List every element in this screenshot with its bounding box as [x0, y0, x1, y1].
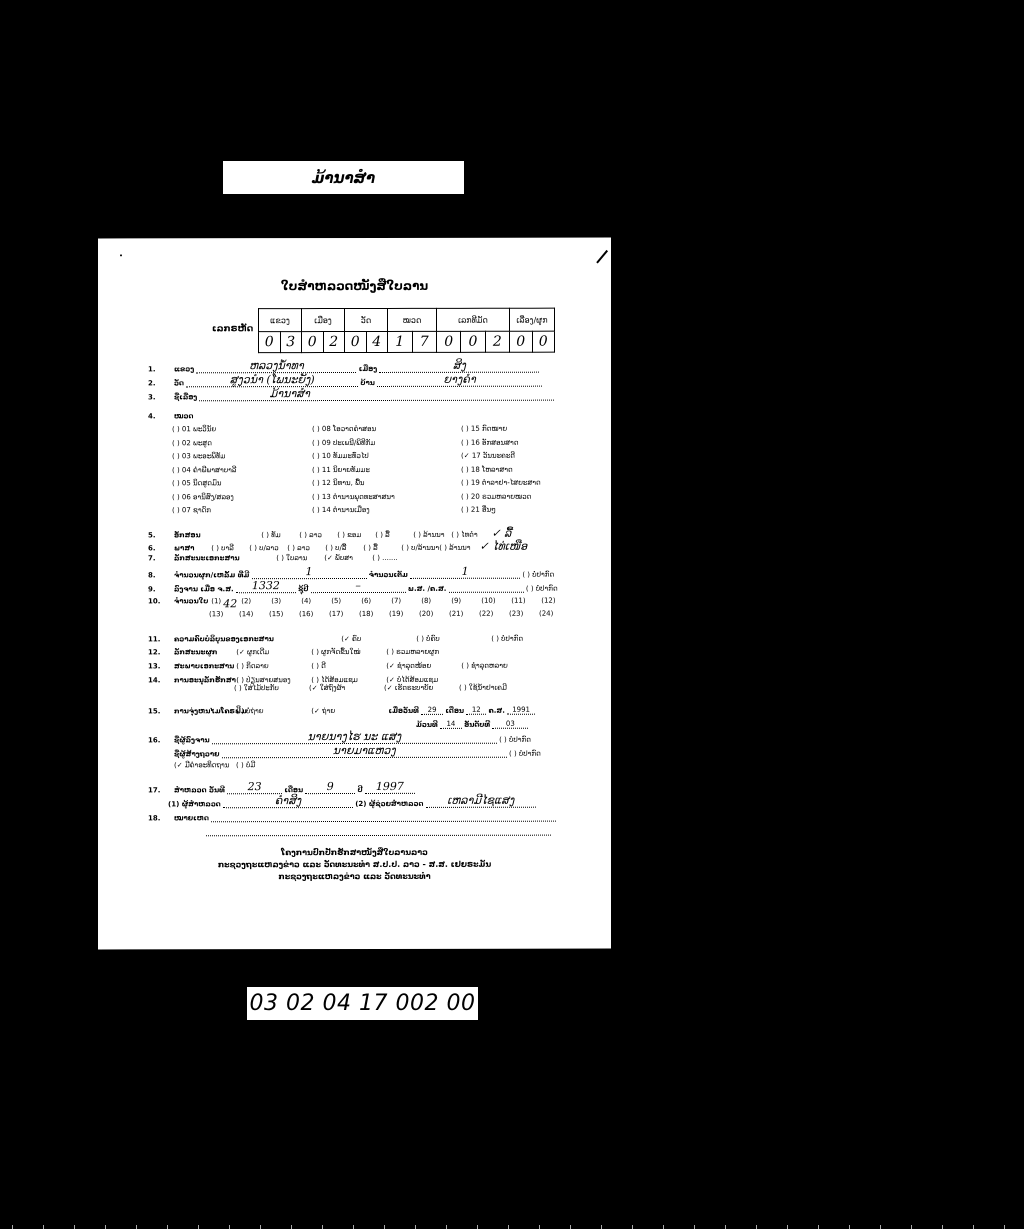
- field-8: 8.ຈໍານວນຜູກ/ເຫລັ້ມ ທີ່ມີ 1 ຈໍານວນເຕັມ 1 …: [148, 568, 554, 580]
- option-checkbox: ( ) ບ/ລາວ: [249, 544, 287, 552]
- field-10-row2: (13)(14)(15)(16)(17)(18)(19)(20)(21)(22)…: [209, 610, 569, 619]
- leaf-count-cell: (22): [479, 610, 509, 618]
- code-digit: 1: [388, 331, 413, 352]
- option-checkbox: ( ) ກິດລາຍ: [236, 662, 311, 670]
- option-checkbox: ( ) ຂອມ: [337, 531, 375, 539]
- title-label-text: ມ້ານາສໍາ: [312, 169, 375, 187]
- option-checkbox: ( ) ໃຊ້ນໍ້າຢາເຄມີ: [459, 684, 534, 692]
- code-table: ແຂວງ ເມືອງ ວັດ ໝວດ ເລກທີມັດ ເລື່ອງ/ຜູກ 0…: [258, 308, 555, 354]
- code-header: ເລກທີມັດ: [437, 308, 510, 331]
- leaf-count-cell: (5): [331, 597, 361, 605]
- leaf-count-cell: (7): [391, 597, 421, 605]
- field-9: 9.ລົງຈານ ເມື່ອ ຈ.ສ. 1332 ຊຸ້ປີ – ພ.ສ. /ຄ…: [148, 582, 558, 594]
- leaf-count-cell: (19): [389, 610, 419, 618]
- category-option: ( ) 19 ຕໍາລາຢາ-ໄສຍະສາດ: [461, 479, 611, 493]
- category-option: ( ) 16 ອັກສອນສາດ: [461, 438, 611, 452]
- field-18-line2: [206, 825, 551, 837]
- field-16-donor: ຊື່ຜູ້ສ້າງຖວາຍ ນາຍມາແຫວງ ( ) ບໍ່ປາກົດ: [174, 747, 541, 759]
- category-option: ( ) 13 ຕໍານານພຸດທະສາສນາ: [312, 492, 462, 506]
- category-option: ( ) 15 ກົດໝາຍ: [461, 425, 611, 439]
- category-option: ( ) 01 ພະວິນັຍ: [172, 425, 322, 439]
- field-18: 18.ໝາຍເຫດ: [148, 811, 556, 823]
- option-checkbox: ( ) ບໍ່ຖ່າຍ: [236, 707, 311, 715]
- field-13: 13.ສະພາບເອກະສານ ( ) ກິດລາຍ( ) ດີ(✓ ຊໍາລຸ…: [148, 662, 536, 671]
- leaf-count-cell: (11): [511, 597, 541, 605]
- option-checkbox: ( ) ດີ: [311, 662, 386, 670]
- leaf-count-cell: (6): [361, 597, 391, 605]
- option-checkbox: ( ) ລາວ: [287, 544, 325, 552]
- category-option: ( ) 21 ອື່ນໆ: [461, 506, 611, 520]
- option-checkbox: ( ) ບ/ລື້: [325, 544, 363, 552]
- option-checkbox: ( ) ບໍ່ຄົບ: [416, 635, 491, 643]
- field-12: 12.ລັກສະນະຜູກ (✓ ຜູກເດີມ( ) ຜູກຈັດຂຶ້ນໃໝ…: [148, 648, 461, 657]
- field-14: 14.ການອະນຸລັກຮັກສາ ( ) ປ່ຽນສາຍສນອງ( ) ໄດ…: [148, 676, 534, 693]
- option-checkbox: ( ) ປ່ຽນສາຍສນອງ: [236, 676, 311, 684]
- option-checkbox: (✓ ຜູກເດີມ: [236, 648, 311, 656]
- scan-artifact-line: [0, 1225, 1024, 1229]
- code-header: ແຂວງ: [259, 309, 302, 332]
- leaf-count-cell: (21): [449, 610, 479, 618]
- field-5: 5.ອັກສອນ ( ) ທັມ( ) ລາວ( ) ຂອມ( ) ລື້( )…: [148, 527, 511, 541]
- field-6: 6.ພາສາ ( ) ບາລີ( ) ບ/ລາວ( ) ລາວ( ) ບ/ລື້…: [148, 540, 527, 554]
- survey-form-sheet: ໃບສໍາຫລວດໜັງສືໃບລານ ເລກຣຫັດ ແຂວງ ເມືອງ ວ…: [98, 238, 611, 950]
- code-header: ວັດ: [345, 308, 388, 331]
- code-digit: 0: [461, 331, 485, 352]
- leaf-count-cell: (16): [299, 610, 329, 618]
- code-digit: 0: [302, 332, 324, 353]
- option-checkbox: ( ) ທັມ: [261, 531, 299, 539]
- code-header: ເມືອງ: [302, 309, 345, 332]
- option-checkbox: ( ) ລື້: [363, 544, 401, 552]
- option-checkbox: (✓ ບໍ່ໄດ້ສ້ອມແຊມ: [386, 676, 461, 684]
- category-option: (✓ 17 ວັນນະຄະດີ: [461, 452, 611, 466]
- field-17: 17.ສໍາຫລວດ ວັນທີ 23 ເດືອນ 9 ປີ 1997: [148, 783, 415, 794]
- field-16-scribe: 16.ຊື່ຜູ້ລົງຈານ ນາຍນາງໄຮ ນະ ແສງ ( ) ບໍ່ປ…: [148, 733, 531, 745]
- temple-value: ສູງວນໍາ (ໂພນະຍັງ): [186, 373, 358, 386]
- option-checkbox: ( ) ບາລີ: [211, 544, 249, 552]
- option-checkbox: ( ) ລ້ານນາ: [439, 544, 477, 552]
- code-digit: 0: [532, 331, 555, 352]
- option-checkbox: ( ) ຊໍາລຸດຫລາຍ: [461, 662, 536, 670]
- field-16-prayer: (✓ ມີຄໍາອະທິດຖານ ( ) ບໍ່ມີ: [174, 761, 255, 769]
- field-2: 2.ວັດ ສູງວນໍາ (ໂພນະຍັງ) ບ້ານ ຍາງຄໍາ: [148, 376, 542, 388]
- field-1: 1.ແຂວງ ຫລວງນໍ້າທາ ເມືອງ ສິງ: [148, 362, 539, 374]
- category-option: ( ) 10 ທັມມະທົ່ວໄປ: [312, 452, 462, 466]
- punch-dot: [120, 254, 122, 256]
- leaf-count-cell: (3): [271, 597, 301, 605]
- code-digit: 4: [366, 331, 388, 352]
- story-title-value: ມ້ານາສໍາ: [199, 387, 554, 401]
- category-option: ( ) 05 ນິດສູດມົນ: [172, 479, 322, 493]
- category-option: ( ) 06 ອານິສົງ/ສລອງ: [172, 493, 322, 507]
- option-checkbox: ( ) ຜູກຈັດຂຶ້ນໃໝ່: [311, 648, 386, 656]
- leaf-count-cell: (8): [421, 597, 451, 605]
- bottom-code-label: 03 02 04 17 002 00: [247, 987, 478, 1020]
- field-4: 4.ໝວດ: [148, 412, 193, 420]
- code-digit: 3: [280, 332, 302, 353]
- leaf-count-value: 42: [223, 597, 253, 610]
- leaf-count-cell: (20): [419, 610, 449, 618]
- language-handwritten: ✓ ໄທ່ເໜືອ: [479, 540, 527, 553]
- code-digit: 2: [485, 331, 509, 352]
- category-option: ( ) 04 ຄໍາພີພາສາບາລີ: [172, 466, 322, 480]
- option-checkbox: (✓ ຖ່າຍ: [311, 707, 386, 715]
- category-option: ( ) 09 ປະເພນີ/ພິທີກັມ: [312, 438, 462, 452]
- leaf-count-cell: (15): [269, 610, 299, 618]
- code-digit: 7: [412, 331, 437, 352]
- category-option: ( ) 03 ພະອະພິທັມ: [172, 452, 322, 466]
- code-header: ເລື່ອງ/ຜູກ: [510, 308, 555, 331]
- code-digit: 0: [259, 332, 281, 353]
- code-digit: 0: [510, 331, 533, 352]
- field-17-surveyors: (1) ຜູ້ສໍາຫລວດ ຄໍາສິງ (2) ຜູ້ຊ່ວຍສໍາຫລວດ…: [168, 797, 536, 809]
- category-option: ( ) 18 ໂຫລາສາດ: [461, 465, 611, 479]
- option-checkbox: (✓ ພັບສາ: [324, 554, 372, 562]
- field-11: 11.ຄວາມຄົບບໍລິບູນຂອງເອກະສານ (✓ ຄົບ( ) ບໍ…: [148, 635, 566, 644]
- leaf-count-cell: (4): [301, 597, 331, 605]
- code-digit: 2: [323, 332, 345, 353]
- option-checkbox: ( ) ໃບລານ: [276, 554, 324, 562]
- leaf-count-cell: (12): [541, 597, 571, 605]
- category-option: ( ) 08 ໂອວາດຄໍາສອນ: [312, 425, 462, 439]
- category-option: ( ) 20 ຣວມຫລາຍໝວດ: [461, 492, 611, 506]
- field-10: 10.ຈໍານວນໃບ (1)42(2)(3)(4)(5)(6)(7)(8)(9…: [148, 597, 571, 606]
- option-checkbox: ( ) ລື້: [375, 531, 413, 539]
- option-checkbox: ( ) ໄດ້ສ້ອມແຊມ: [311, 676, 386, 684]
- code-header: ໝວດ: [388, 308, 437, 331]
- category-option: ( ) 02 ພະສູດ: [172, 439, 322, 453]
- leaf-count-cell: (24): [539, 610, 569, 618]
- leaf-count-cell: (23): [509, 610, 539, 618]
- code-label: ເລກຣຫັດ: [212, 324, 253, 334]
- option-checkbox: (✓ ໃສ່ຖົງຜ້າ: [309, 684, 384, 692]
- category-option: ( ) 12 ນິທານ, ພື້ນ: [312, 479, 462, 493]
- leaf-count-cell: (18): [359, 610, 389, 618]
- option-checkbox: (✓ ຄົບ: [341, 635, 416, 643]
- category-option: ( ) 11 ນິຍາຍທັມມະ: [312, 465, 462, 479]
- leaf-count-cell: (17): [329, 610, 359, 618]
- category-option: ( ) 07 ຊາດົກ: [172, 506, 322, 520]
- option-checkbox: ( ) ໃສ່ໄມ້ປະກັບ: [234, 684, 309, 692]
- field-15-roll: ມ້ວນທີ 14 ອັນດັບທີ 03: [416, 718, 528, 729]
- option-checkbox: ( ) ລ້ານນາ: [413, 531, 451, 539]
- field-3: 3.ຊື່ເລື່ອງ ມ້ານາສໍາ: [148, 390, 554, 402]
- form-footer: ໂຄງການປົກປັກຮັກສາໜັງສືໃບລານລາວ ກະຊວງຖະແຫ…: [98, 847, 611, 884]
- option-checkbox: ( ) ໄທດໍາ: [451, 531, 489, 539]
- script-handwritten: ✓ ລື້: [491, 527, 511, 540]
- leaf-count-cell: (10): [481, 597, 511, 605]
- province-value: ຫລວງນໍ້າທາ: [196, 359, 356, 372]
- option-checkbox: ( ) .......: [372, 554, 420, 562]
- form-title: ໃບສໍາຫລວດໜັງສືໃບລານ: [98, 279, 611, 294]
- option-checkbox: ( ) ຣວມຫລາຍຜູກ: [386, 648, 461, 656]
- code-digit: 0: [345, 331, 367, 352]
- code-digit: 0: [437, 331, 461, 352]
- corner-mark: [584, 240, 608, 264]
- field-7: 7.ລັກສະນະເອກະສານ ( ) ໃບລານ(✓ ພັບສາ( ) ..…: [148, 554, 420, 562]
- district-value: ສິງ: [379, 359, 539, 372]
- option-checkbox: ( ) ລາວ: [299, 531, 337, 539]
- village-value: ຍາງຄໍາ: [377, 373, 542, 386]
- option-checkbox: ( ) ບໍ່ປາກົດ: [491, 635, 566, 643]
- option-checkbox: ( ) ບ/ລ້ານນາ: [401, 544, 439, 552]
- leaf-count-cell: (14): [239, 610, 269, 618]
- leaf-count-cell: (9): [451, 597, 481, 605]
- leaf-count-cell: (13): [209, 610, 239, 618]
- title-label-strip: ມ້ານາສໍາ: [223, 161, 464, 194]
- field-15: 15.ການຈຸ່ງຫນໄມໂຄຣຟິມ ( ) ບໍ່ຖ່າຍ(✓ ຖ່າຍ …: [148, 704, 535, 716]
- option-checkbox: (✓ ຊໍາລຸດໜ້ອຍ: [386, 662, 461, 670]
- category-option: ( ) 14 ຕໍານານເມືອງ: [312, 506, 462, 520]
- option-checkbox: (✓ ເຮັດຣະບາບັຍ: [384, 684, 459, 692]
